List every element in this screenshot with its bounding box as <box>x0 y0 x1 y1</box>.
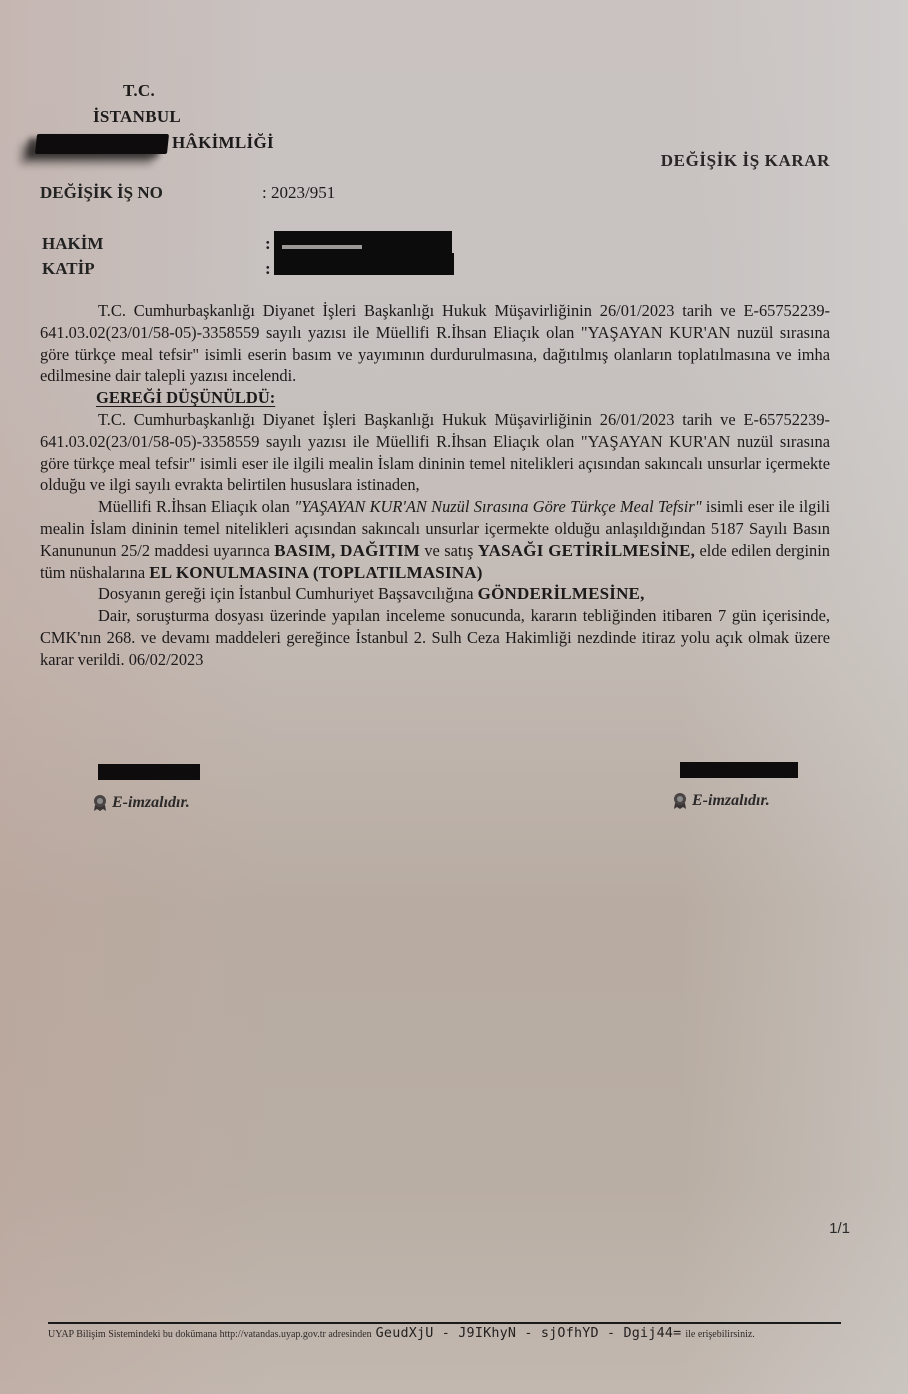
e-signed-label: E-imzalıdır. <box>692 792 770 810</box>
referral-emphasis: GÖNDERİLMESİNE, <box>478 584 645 603</box>
referral-text: Dosyanın gereği için İstanbul Cumhuriyet… <box>98 584 478 603</box>
header-court-suffix: HÂKİMLİĞİ <box>172 133 274 153</box>
ruling-emphasis-1: BASIM, DAĞITIM <box>274 541 420 560</box>
header-country: T.C. <box>123 81 155 101</box>
reasoning-paragraph: T.C. Cumhurbaşkanlığı Diyanet İşleri Baş… <box>40 409 830 496</box>
case-no-value: : 2023/951 <box>262 183 335 203</box>
ruling-paragraph: Müellifi R.İhsan Eliaçık olan "YAŞAYAN K… <box>40 496 830 583</box>
intro-paragraph: T.C. Cumhurbaşkanlığı Diyanet İşleri Baş… <box>40 300 830 387</box>
e-signature-seal-icon <box>672 792 688 810</box>
e-signed-label: E-imzalıdır. <box>112 794 190 812</box>
page-number: 1/1 <box>829 1220 850 1237</box>
signer-name-redaction <box>680 762 798 778</box>
verification-code: GeudXjU - J9IKhyN - sjOfhYD - Dgij44= <box>376 1326 682 1341</box>
footer-divider <box>48 1322 841 1324</box>
footer-suffix-text: ile erişebilirsiniz. <box>685 1329 754 1340</box>
ruling-emphasis-2: YASAĞI GETİRİLMESİNE, <box>478 541 695 560</box>
footer-prefix-text: UYAP Bilişim Sistemindeki bu dokümana ht… <box>48 1329 372 1340</box>
decision-body: T.C. Cumhurbaşkanlığı Diyanet İşleri Baş… <box>40 300 830 671</box>
court-decision-page: T.C. İSTANBUL HÂKİMLİĞİ DEĞİŞİK İŞ KARAR… <box>0 0 908 1394</box>
e-signature-seal-icon <box>92 794 108 812</box>
clerk-separator: : <box>265 259 271 279</box>
court-name-redaction <box>35 134 169 154</box>
referral-paragraph: Dosyanın gereği için İstanbul Cumhuriyet… <box>40 583 830 605</box>
footer-verification: UYAP Bilişim Sistemindeki bu dokümana ht… <box>48 1326 755 1341</box>
section-heading: GEREĞİ DÜŞÜNÜLDÜ: <box>96 387 830 409</box>
document-type-title: DEĞİŞİK İŞ KARAR <box>661 151 830 171</box>
header-city: İSTANBUL <box>93 107 181 127</box>
ruling-text-3: ve satış <box>420 541 478 560</box>
ruling-text-1: Müellifi R.İhsan Eliaçık olan <box>98 497 294 516</box>
appeal-paragraph: Dair, soruşturma dosyası üzerinde yapıla… <box>40 605 830 670</box>
clerk-label: KATİP <box>42 259 95 279</box>
judge-label: HAKİM <box>42 234 103 254</box>
signature-block-right: E-imzalıdır. <box>672 762 798 810</box>
clerk-name-redaction <box>274 253 454 275</box>
judge-separator: : <box>265 234 271 254</box>
judge-name-redaction <box>274 231 452 253</box>
case-no-label: DEĞİŞİK İŞ NO <box>40 183 163 203</box>
book-title: "YAŞAYAN KUR'AN Nuzül Sırasına Göre Türk… <box>294 497 701 516</box>
signature-block-left: E-imzalıdır. <box>92 764 200 812</box>
signer-name-redaction <box>98 764 200 780</box>
ruling-emphasis-3: EL KONULMASINA (TOPLATILMASINA) <box>149 563 482 582</box>
